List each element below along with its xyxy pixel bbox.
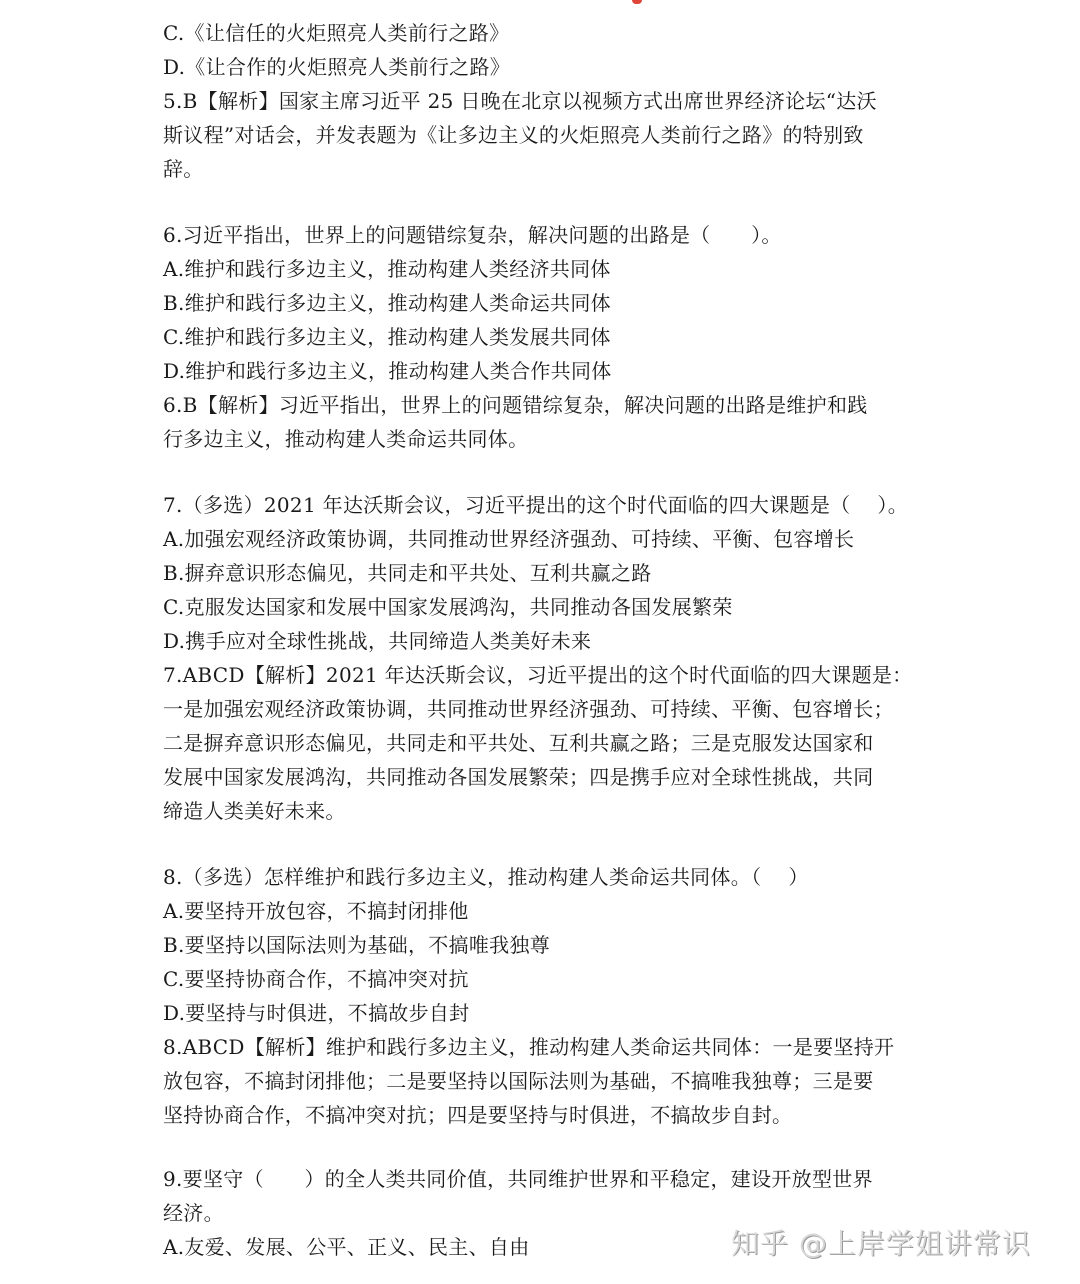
analysis-line: 6.B【解析】习近平指出，世界上的问题错综复杂，解决问题的出路是维护和践 — [163, 388, 923, 422]
option-line: B.要坚持以国际法则为基础，不搞唯我独尊 — [163, 928, 923, 962]
analysis-line: 发展中国家发展鸿沟，共同推动各国发展繁荣；四是携手应对全球性挑战，共同 — [163, 760, 923, 794]
option-line: D.维护和践行多边主义，推动构建人类合作共同体 — [163, 354, 923, 388]
option-line: A.要坚持开放包容，不搞封闭排他 — [163, 894, 923, 928]
option-line: A.维护和践行多边主义，推动构建人类经济共同体 — [163, 252, 923, 286]
exam-document: C.《让信任的火炬照亮人类前行之路》 D.《让合作的火炬照亮人类前行之路》 5.… — [163, 16, 923, 1264]
zhihu-watermark: 知乎 @上岸学姐讲常识 — [731, 1222, 1031, 1262]
question-line: 9.要坚守（ ）的全人类共同价值，共同维护世界和平稳定，建设开放型世界 — [163, 1162, 923, 1196]
analysis-line: 放包容，不搞封闭排他；二是要坚持以国际法则为基础，不搞唯我独尊；三是要 — [163, 1064, 923, 1098]
analysis-line: 坚持协商合作，不搞冲突对抗；四是要坚持与时俱进，不搞故步自封。 — [163, 1098, 923, 1132]
option-line: D.要坚持与时俱进，不搞故步自封 — [163, 996, 923, 1030]
option-line: C.《让信任的火炬照亮人类前行之路》 — [163, 16, 923, 50]
analysis-line: 7.ABCD【解析】2021 年达沃斯会议，习近平提出的这个时代面临的四大课题是… — [163, 658, 923, 692]
option-line: D.携手应对全球性挑战，共同缔造人类美好未来 — [163, 624, 923, 658]
analysis-line: 辞。 — [163, 152, 923, 186]
option-line: C.克服发达国家和发展中国家发展鸿沟，共同推动各国发展繁荣 — [163, 590, 923, 624]
option-line: A.加强宏观经济政策协调，共同推动世界经济强劲、可持续、平衡、包容增长 — [163, 522, 923, 556]
question-line: 7.（多选）2021 年达沃斯会议，习近平提出的这个时代面临的四大课题是（ ）。 — [163, 488, 923, 522]
option-line: B.维护和践行多边主义，推动构建人类命运共同体 — [163, 286, 923, 320]
analysis-line: 5.B【解析】国家主席习近平 25 日晚在北京以视频方式出席世界经济论坛“达沃 — [163, 84, 923, 118]
analysis-line: 8.ABCD【解析】维护和践行多边主义，推动构建人类命运共同体：一是要坚持开 — [163, 1030, 923, 1064]
analysis-line: 行多边主义，推动构建人类命运共同体。 — [163, 422, 923, 456]
analysis-line: 二是摒弃意识形态偏见，共同走和平共处、互利共赢之路；三是克服发达国家和 — [163, 726, 923, 760]
option-line: C.要坚持协商合作，不搞冲突对抗 — [163, 962, 923, 996]
question-line: 8.（多选）怎样维护和践行多边主义，推动构建人类命运共同体。（ ） — [163, 860, 923, 894]
option-line: B.摒弃意识形态偏见，共同走和平共处、互利共赢之路 — [163, 556, 923, 590]
top-red-mark — [632, 0, 642, 4]
question-line: 6.习近平指出，世界上的问题错综复杂，解决问题的出路是（ ）。 — [163, 218, 923, 252]
option-line: D.《让合作的火炬照亮人类前行之路》 — [163, 50, 923, 84]
option-line: C.维护和践行多边主义，推动构建人类发展共同体 — [163, 320, 923, 354]
analysis-line: 斯议程”对话会，并发表题为《让多边主义的火炬照亮人类前行之路》的特别致 — [163, 118, 923, 152]
analysis-line: 一是加强宏观经济政策协调，共同推动世界经济强劲、可持续、平衡、包容增长； — [163, 692, 923, 726]
analysis-line: 缔造人类美好未来。 — [163, 794, 923, 828]
